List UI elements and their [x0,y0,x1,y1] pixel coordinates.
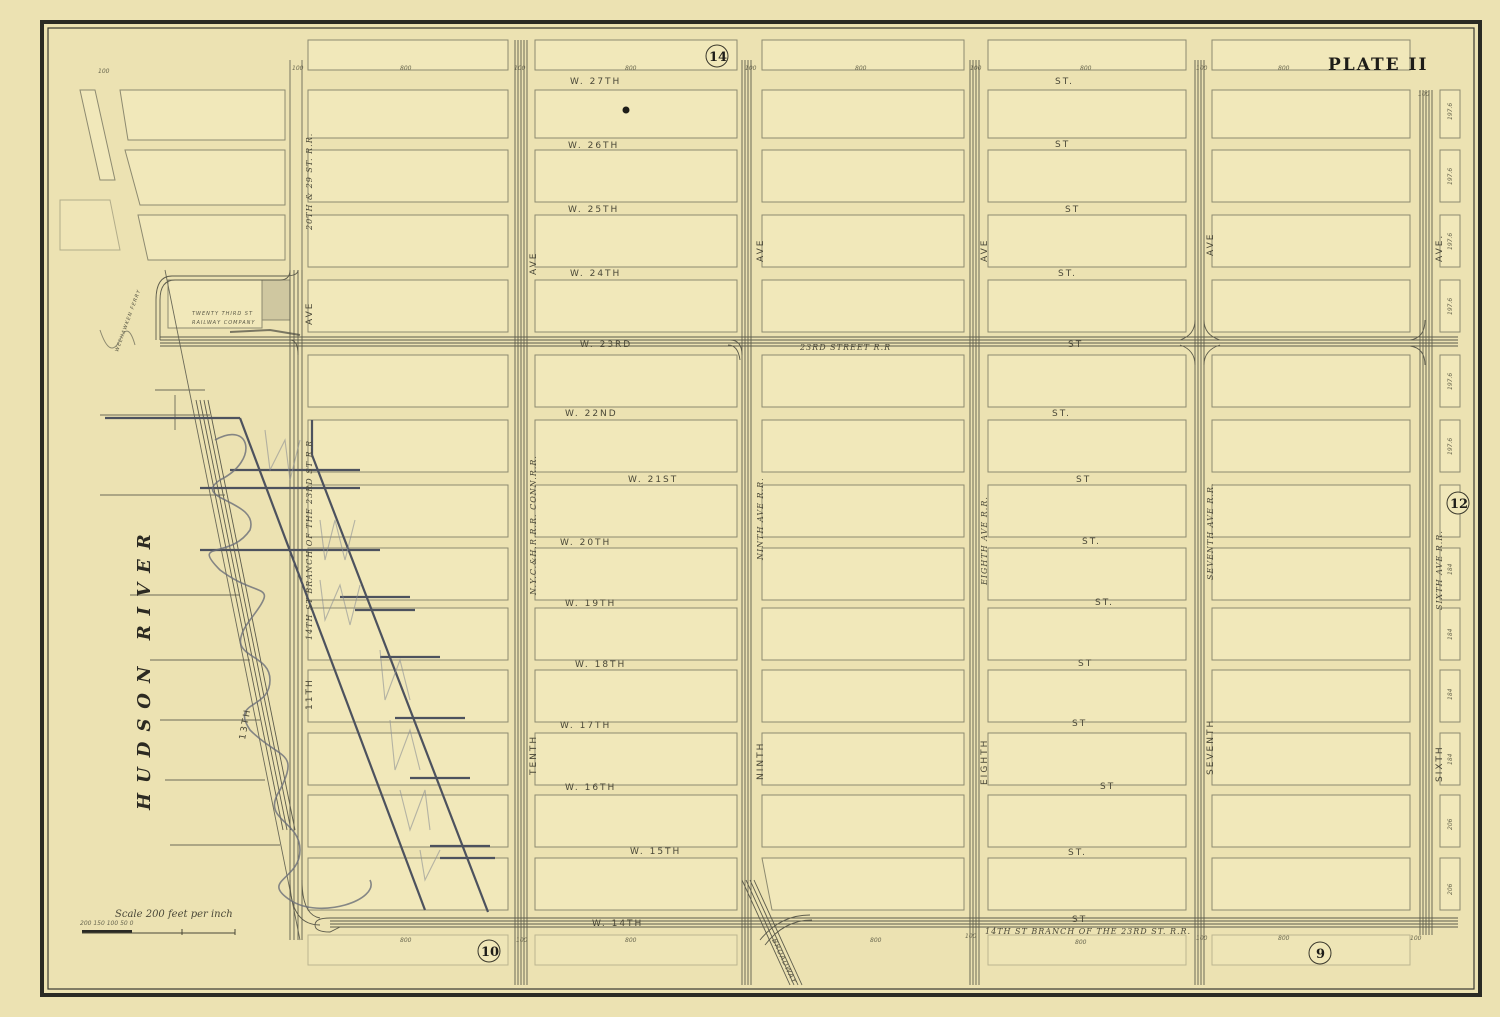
svg-text:W. 24TH: W. 24TH [570,269,621,279]
svg-text:W. 18TH: W. 18TH [575,660,626,670]
svg-text:W. 16TH: W. 16TH [565,783,616,793]
svg-text:197.6: 197.6 [1447,233,1454,250]
svg-text:AVE.: AVE. [1435,234,1445,262]
atlas-plate-map: 100 100 800 100 800 100 800 100 800 100 … [0,0,1500,1017]
svg-text:800: 800 [400,65,412,72]
ink-spot [623,107,630,114]
svg-text:ST: ST [1072,719,1087,729]
svg-text:100: 100 [745,65,757,72]
adjacent-plate-east[interactable]: 12 [1447,492,1469,514]
svg-text:ST: ST [1078,659,1093,669]
svg-text:SIXTH AVE R.R.: SIXTH AVE R.R. [1435,530,1444,610]
svg-text:W. 19TH: W. 19TH [565,599,616,609]
svg-text:100: 100 [98,68,110,75]
label-company-line2: RAILWAY COMPANY [192,320,255,326]
svg-text:N.Y.C.&H.R.R.R. CONN.R.R.: N.Y.C.&H.R.R.R. CONN.R.R. [529,455,538,596]
svg-text:W. 17TH: W. 17TH [560,721,611,731]
svg-text:W. 20TH: W. 20TH [560,538,611,548]
svg-text:197.6: 197.6 [1447,298,1454,315]
svg-text:ST: ST [1100,782,1115,792]
svg-text:SEVENTH: SEVENTH [1206,719,1216,775]
svg-text:100: 100 [516,937,528,944]
svg-text:ST.: ST. [1052,409,1071,419]
svg-text:Scale 200 feet per inch: Scale 200 feet per inch [115,909,233,920]
svg-text:100: 100 [1418,91,1430,98]
svg-text:197.6: 197.6 [1447,168,1454,185]
svg-text:100: 100 [514,65,526,72]
svg-text:ST.: ST. [1058,269,1077,279]
svg-text:14TH ST BRANCH OF THE 23RD ST: 14TH ST BRANCH OF THE 23RD ST R.R [305,440,314,640]
svg-text:800: 800 [855,65,867,72]
svg-text:TENTH: TENTH [529,735,539,776]
svg-text:184: 184 [1447,753,1454,765]
svg-text:184: 184 [1447,628,1454,640]
svg-text:100: 100 [965,933,977,940]
svg-text:800: 800 [1075,939,1087,946]
label-14th-st-branch: 14TH ST BRANCH OF THE 23RD ST. R.R. [985,927,1191,936]
svg-text:ST: ST [1055,140,1070,150]
svg-text:800: 800 [1080,65,1092,72]
svg-text:AVE: AVE [529,252,539,275]
svg-text:ST.: ST. [1095,598,1114,608]
svg-text:184: 184 [1447,688,1454,700]
svg-text:ST: ST [1065,205,1080,215]
svg-text:SEVENTH AVE R.R.: SEVENTH AVE R.R. [1206,483,1215,580]
svg-text:20TH & 29 ST. R.R.: 20TH & 29 ST. R.R. [305,133,314,231]
svg-text:200 150 100 50 0: 200 150 100 50 0 [80,920,134,927]
svg-text:AVE: AVE [756,239,766,262]
adjacent-plate-southeast[interactable]: 9 [1309,942,1331,964]
svg-text:800: 800 [1278,935,1290,942]
svg-text:184: 184 [1447,563,1454,575]
svg-text:800: 800 [400,937,412,944]
svg-text:W. 15TH: W. 15TH [630,847,681,857]
svg-text:NINTH AVE R.R.: NINTH AVE R.R. [756,477,765,561]
svg-text:12: 12 [1450,497,1468,512]
svg-text:197.6: 197.6 [1447,103,1454,120]
svg-text:100: 100 [292,65,304,72]
svg-text:EIGHTH: EIGHTH [980,739,990,785]
svg-text:W. 27TH: W. 27TH [570,77,621,87]
adjacent-plate-north[interactable]: 14 [706,45,728,67]
svg-text:ST: ST [1072,915,1087,925]
svg-text:EIGHTH AVE R.R.: EIGHTH AVE R.R. [980,496,989,586]
svg-text:197.6: 197.6 [1447,373,1454,390]
svg-text:10: 10 [481,945,499,960]
svg-text:NINTH: NINTH [756,742,766,780]
svg-text:11TH: 11TH [305,678,315,710]
svg-text:W. 14TH: W. 14TH [592,919,643,929]
svg-text:14: 14 [709,50,727,65]
svg-text:ST.: ST. [1068,848,1087,858]
svg-text:W. 22ND: W. 22ND [565,409,618,419]
svg-text:ST: ST [1068,340,1083,350]
label-23rd-street-rr: 23RD STREET R.R [799,343,891,352]
svg-text:ST.: ST. [1082,537,1101,547]
svg-text:206: 206 [1447,818,1454,830]
svg-text:ST.: ST. [1055,77,1074,87]
label-hudson-river: HUDSON RIVER [134,524,155,811]
svg-text:ST: ST [1076,475,1091,485]
svg-text:800: 800 [625,65,637,72]
svg-text:100: 100 [1196,65,1208,72]
svg-text:800: 800 [625,937,637,944]
svg-text:W. 23RD: W. 23RD [580,340,632,350]
svg-text:100: 100 [970,65,982,72]
svg-text:100: 100 [1410,935,1422,942]
svg-text:800: 800 [870,937,882,944]
svg-text:AVE: AVE [980,239,990,262]
svg-text:800: 800 [1278,65,1290,72]
adjacent-plate-southwest[interactable]: 10 [478,940,500,962]
svg-text:9: 9 [1316,947,1325,962]
svg-text:197.6: 197.6 [1447,438,1454,455]
plate-title: PLATE II [1328,55,1428,75]
svg-text:AVE: AVE [1206,233,1216,256]
svg-text:206: 206 [1447,883,1454,895]
label-company-line1: TWENTY THIRD ST [192,311,253,317]
svg-text:SIXTH: SIXTH [1435,745,1445,782]
svg-text:100: 100 [1196,935,1208,942]
svg-text:W. 21ST: W. 21ST [628,475,678,485]
svg-text:AVE: AVE [305,302,315,325]
svg-text:W. 25TH: W. 25TH [568,205,619,215]
svg-text:W. 26TH: W. 26TH [568,141,619,151]
